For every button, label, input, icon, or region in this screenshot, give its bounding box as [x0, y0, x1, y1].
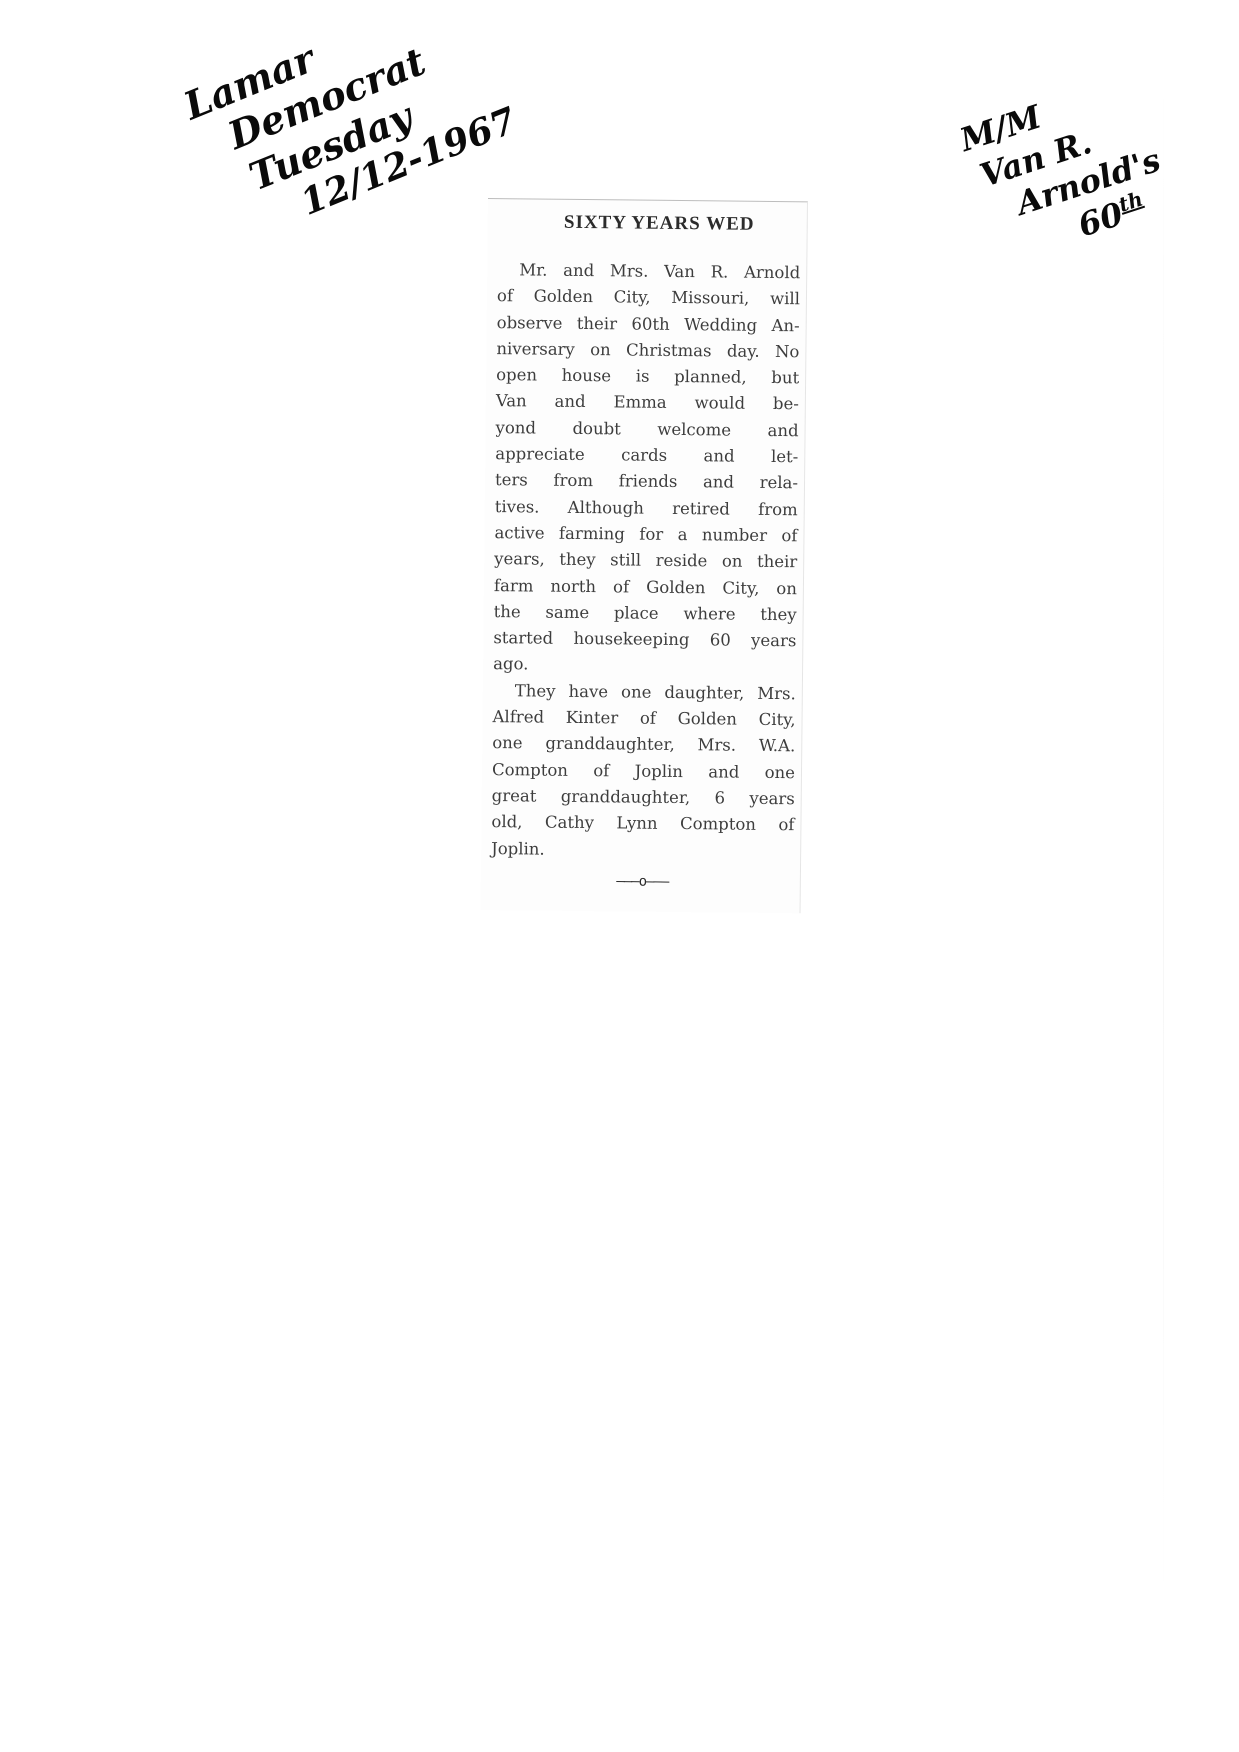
clipping-text-line: the same place where they — [494, 599, 797, 628]
clipping-text-line: of Golden City, Missouri, will — [497, 283, 800, 312]
clipping-text-line: ago. — [493, 652, 796, 681]
clipping-headline: SIXTY YEARS WED — [518, 211, 801, 236]
clipping-text-line: great granddaughter, 6 years — [492, 783, 795, 812]
clipping-end-divider: ———o——— — [491, 872, 794, 891]
clipping-text-line: They have one daughter, Mrs. — [493, 678, 796, 707]
clipping-text-line: started housekeeping 60 years — [493, 625, 796, 654]
clipping-text-line: one granddaughter, Mrs. W.A. — [492, 730, 795, 759]
newspaper-clipping: SIXTY YEARS WED Mr. and Mrs. Van R. Arno… — [481, 198, 808, 913]
clipping-text-line: yond doubt welcome and — [495, 415, 798, 444]
clipping-text-line: farm north of Golden City, on — [494, 573, 797, 602]
clipping-text-line: active farming for a number of — [494, 520, 797, 549]
clipping-text-line: years, they still reside on their — [494, 546, 797, 575]
clipping-text-line: ters from friends and rela- — [495, 467, 798, 496]
clipping-paragraph-2: They have one daughter, Mrs.Alfred Kinte… — [491, 678, 796, 865]
clipping-text-line: appreciate cards and let- — [495, 441, 798, 470]
clipping-text-line: Van and Emma would be- — [496, 389, 799, 418]
clipping-text-line: Mr. and Mrs. Van R. Arnold — [497, 257, 800, 286]
clipping-text-line: tives. Although retired from — [495, 494, 798, 523]
clipping-text-line: Joplin. — [491, 836, 794, 865]
clipping-text-line: old, Cathy Lynn Compton of — [491, 809, 794, 838]
clipping-text-line: Alfred Kinter of Golden City, — [492, 704, 795, 733]
clipping-text-line: open house is planned, but — [496, 362, 799, 391]
clipping-paragraph-1: Mr. and Mrs. Van R. Arnoldof Golden City… — [493, 257, 800, 681]
handwritten-note-subject: M/M Van R. Arnold's 60th — [940, 48, 1176, 271]
clipping-text-line: niversary on Christmas day. No — [496, 336, 799, 365]
clipping-text-line: Compton of Joplin and one — [492, 757, 795, 786]
handwritten-note-source: Lamar Democrat Tuesday 12/12-1967 — [160, 0, 521, 252]
scan-page-edge — [1163, 60, 1164, 1620]
clipping-text-line: observe their 60th Wedding An- — [497, 310, 800, 339]
